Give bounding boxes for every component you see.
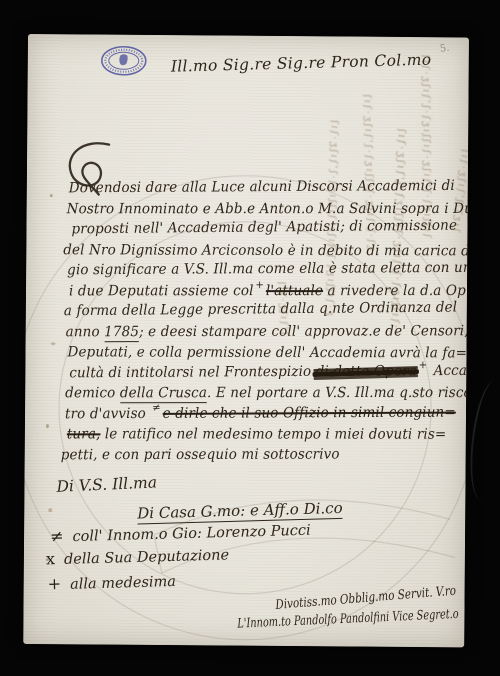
- line-segment-underline: della Crusca: [120, 385, 207, 403]
- line-segment-plain: cultà di intitolarsi nel Frontespizio: [69, 363, 315, 381]
- manuscript-line: Deputati, e colla permissione dell' Acca…: [67, 345, 467, 360]
- manuscript-line: petti, e con pari ossequio mi sottoscriv…: [61, 447, 340, 462]
- line-segment-plain: demico: [65, 385, 120, 401]
- line-segment-plain: Deputati, e colla permissione dell' Acca…: [67, 344, 467, 361]
- insertion-marker: +: [47, 574, 61, 593]
- line-segment-plain: ; e deesi stampare coll' approvaz.e de' …: [139, 323, 469, 340]
- line-segment-plain: anno: [66, 324, 105, 340]
- line-segment-plain: le ratifico nel medesimo tempo i miei do…: [100, 426, 446, 442]
- insertion-marker: ≠: [50, 526, 64, 545]
- line-segment-plain: Dovendosi dare alla Luce alcuni Discorsi…: [69, 178, 455, 196]
- manuscript-line: tro d'avviso ≠e dirle che il suo Offizio…: [65, 405, 456, 421]
- foxing-spot: [50, 194, 53, 197]
- postscript-item: ≠coll' Innom.o Gio: Lorenzo Pucci: [50, 520, 311, 546]
- ink-bleedthrough: ʃıſ·ʒʃıſ'ʃ·ſʒıʃʃıſ·ʒʃıſ'ʃ·ſʒıʃʃıſ·ʒʃıſ·ʒ…: [28, 34, 469, 37]
- line-segment-plain: proposti nell' Accademia degl' Apatisti;…: [71, 218, 457, 238]
- photo-background: 5. Ill.mo Sig.re Sig.re Pron Col.mo Dove…: [0, 0, 500, 676]
- manuscript-line: cultà di intitolarsi nel Frontespizio di…: [69, 363, 469, 380]
- salutation: Ill.mo Sig.re Sig.re Pron Col.mo: [171, 51, 432, 76]
- manuscript-line: i due Deputati assieme col+l'attuale a r…: [69, 283, 469, 298]
- manuscript-line: Nostro Innominato e Abb.e Anton.o M.a Sa…: [67, 201, 469, 216]
- foxing-spot: [46, 558, 49, 561]
- line-segment-struck: tura,: [67, 426, 101, 442]
- line-segment-plain: del Nro Dignissimo Arciconsolo è in debi…: [63, 242, 469, 259]
- line-segment-insert: +: [419, 359, 428, 371]
- line-segment-plain: a rivedere la d.a Op.ra: [323, 282, 469, 298]
- manuscript-line: gio significare a V.S. Ill.ma come ella …: [67, 261, 469, 278]
- line-segment-heavy: di detta Opera: [316, 363, 417, 380]
- line-segment-plain: Acca=: [429, 362, 469, 378]
- manuscript-line: del Nro Dignissimo Arciconsolo è in debi…: [63, 243, 469, 258]
- line-segment-struck: e dirle che il suo Offizio in simil cong…: [163, 404, 456, 421]
- foxing-spot: [51, 342, 56, 345]
- bleedthrough-column: ʃıſ·ʒʃıſ'ʃ·ſʒıʃʃıſ·ʒʃıſ'ʃ·ſʒ: [362, 95, 376, 260]
- manuscript-line: anno 1785; e deesi stampare coll' approv…: [66, 324, 469, 339]
- line-segment-plain: a forma della Legge prescritta dalla q.n…: [64, 300, 458, 320]
- line-segment-plain: . E nel portare a V.S. Ill.ma q.sto risc…: [207, 385, 469, 401]
- manuscript-page: 5. Ill.mo Sig.re Sig.re Pron Col.mo Dove…: [23, 34, 469, 647]
- line-segment-underline: 1785: [104, 324, 139, 342]
- postscript-item: xdella Sua Deputazione: [46, 544, 230, 568]
- valediction: Di V.S. Ill.ma: [56, 473, 157, 495]
- line-segment-insert: +: [255, 279, 264, 291]
- manuscript-line: tura, le ratifico nel medesimo tempo i m…: [67, 427, 447, 442]
- foxing-spot: [48, 508, 52, 512]
- postscript-text: della Sua Deputazione: [64, 547, 230, 567]
- postscript-item: +alla medesima: [47, 571, 176, 593]
- line-segment-plain: petti, e con pari ossequio mi sottoscriv…: [61, 446, 340, 463]
- line-segment-plain: Nostro Innominato e Abb.e Anton.o M.a Sa…: [67, 200, 469, 216]
- line-segment-plain: tro d'avviso: [65, 405, 150, 421]
- line-segment-insert: ≠: [152, 401, 161, 413]
- line-segment-plain: gio significare a V.S. Ill.ma come ella …: [67, 260, 469, 279]
- foxing-spot: [46, 424, 49, 428]
- manuscript-line: demico della Crusca. E nel portare a V.S…: [65, 386, 469, 401]
- line-segment-plain: i due Deputati assieme col: [69, 283, 254, 299]
- folio-mark: 5.: [439, 43, 450, 55]
- mat-edge-arc: [465, 378, 500, 501]
- postscript-text: alla medesima: [70, 574, 176, 593]
- manuscript-line: Dovendosi dare alla Luce alcuni Discorsi…: [69, 179, 455, 196]
- manuscript-line: a forma della Legge prescritta dalla q.n…: [64, 301, 458, 319]
- library-stamp: [100, 45, 148, 77]
- signature-name-line: L'Innom.to Pandolfo Pandolfini Vice Segr…: [237, 607, 459, 632]
- letter-body: Dovendosi dare alla Luce alcuni Discorsi…: [28, 34, 469, 37]
- postscript-text: coll' Innom.o Gio: Lorenzo Pucci: [72, 523, 311, 545]
- manuscript-line: proposti nell' Accademia degl' Apatisti;…: [71, 219, 457, 237]
- line-segment-struck: l'attuale: [266, 283, 323, 299]
